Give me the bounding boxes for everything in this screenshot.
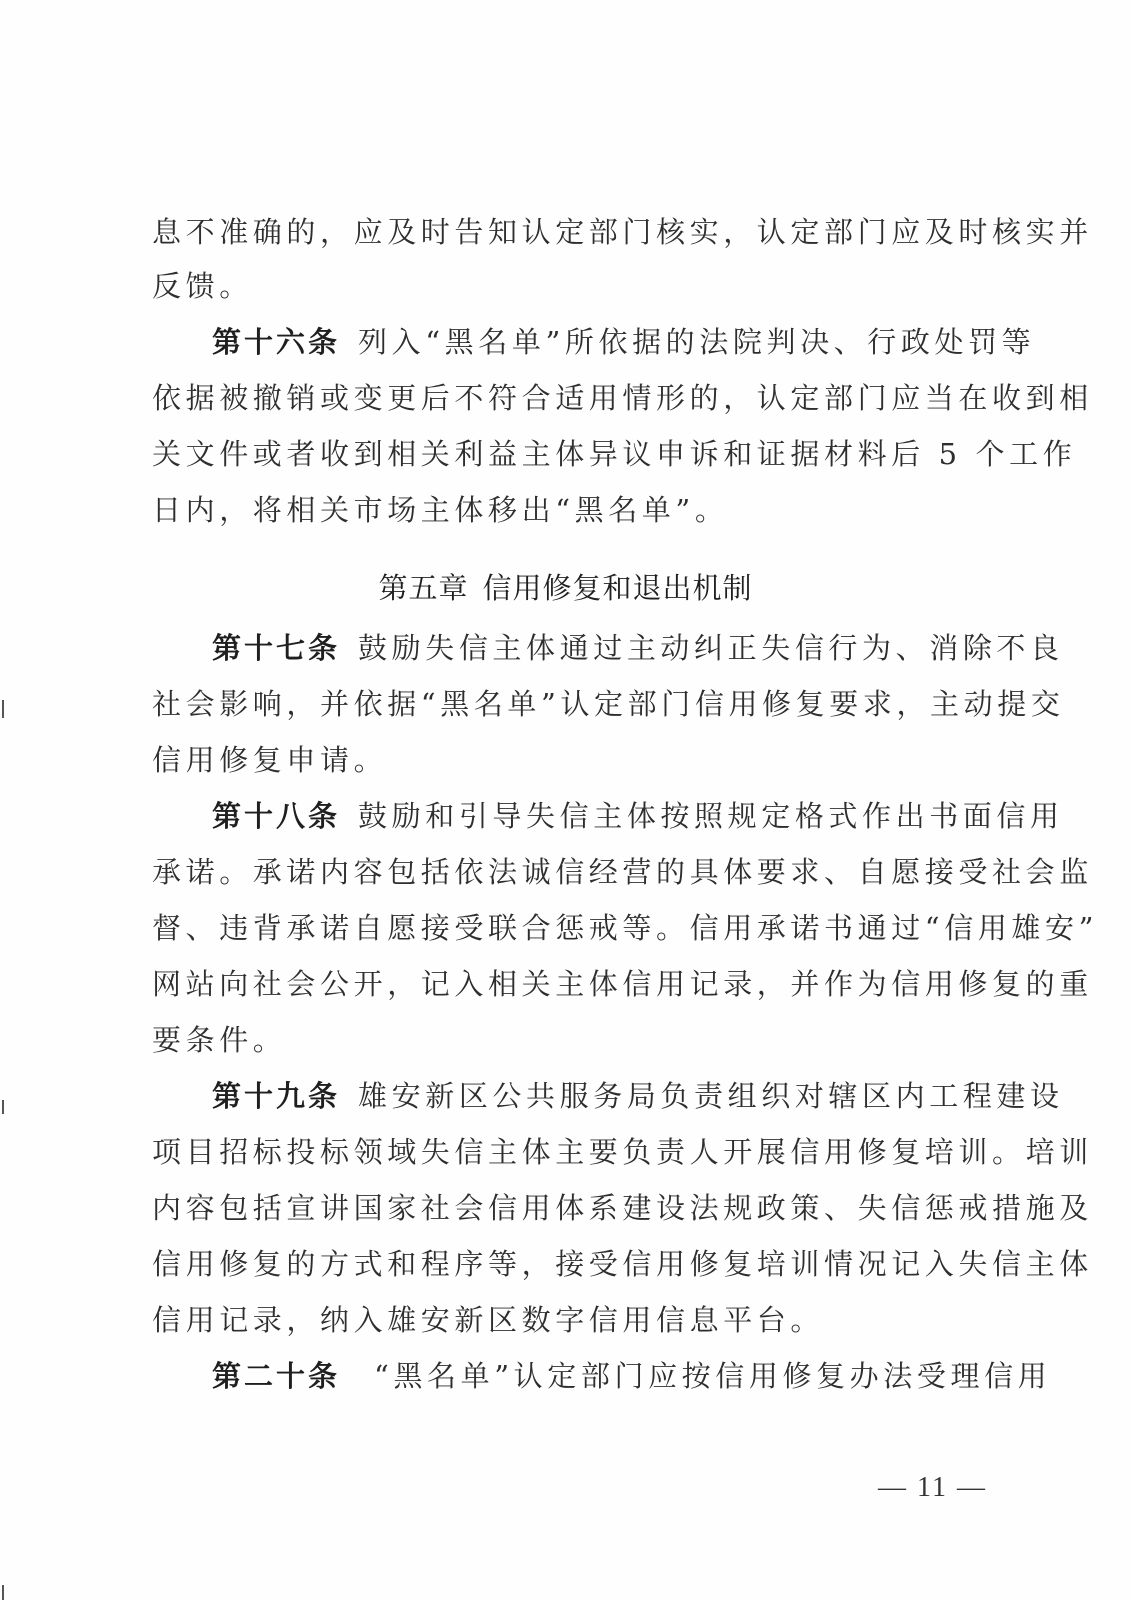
paragraph-line: 信用修复的方式和程序等，接受信用修复培训情况记入失信主体 bbox=[152, 1244, 982, 1284]
article-text: 鼓励和引导失信主体按照规定格式作出书面信用 bbox=[358, 799, 1064, 833]
article-text: “黑名单”认定部门应按信用修复办法受理信用 bbox=[374, 1359, 1051, 1393]
paragraph-line: 关文件或者收到相关利益主体异议申诉和证据材料后 5 个工作 bbox=[152, 434, 982, 474]
article-number: 第十六条 bbox=[212, 325, 340, 359]
article-number: 第十八条 bbox=[212, 799, 340, 833]
chapter-title: 信用修复和退出机制 bbox=[483, 571, 753, 605]
article-text: 列入“黑名单”所依据的法院判决、行政处罚等 bbox=[358, 325, 1035, 359]
page-number: — 11 — bbox=[878, 1472, 987, 1504]
article-number: 第十九条 bbox=[212, 1079, 340, 1113]
article-17-line-1: 第十七条鼓励失信主体通过主动纠正失信行为、消除不良 bbox=[212, 628, 982, 668]
article-text: 鼓励失信主体通过主动纠正失信行为、消除不良 bbox=[358, 631, 1064, 665]
article-19-line-1: 第十九条雄安新区公共服务局负责组织对辖区内工程建设 bbox=[212, 1076, 982, 1116]
scan-edge-mark bbox=[2, 1585, 4, 1600]
paragraph-line: 社会影响，并依据“黑名单”认定部门信用修复要求，主动提交 bbox=[152, 684, 982, 724]
paragraph-line: 项目招标投标领域失信主体主要负责人开展信用修复培训。培训 bbox=[152, 1132, 982, 1172]
article-16-line-1: 第十六条列入“黑名单”所依据的法院判决、行政处罚等 bbox=[212, 322, 982, 362]
article-20-line-1: 第二十条“黑名单”认定部门应按信用修复办法受理信用 bbox=[212, 1356, 982, 1396]
paragraph-line: 承诺。承诺内容包括依法诚信经营的具体要求、自愿接受社会监 bbox=[152, 852, 982, 892]
paragraph-line: 日内，将相关市场主体移出“黑名单”。 bbox=[152, 490, 982, 530]
paragraph-line: 内容包括宣讲国家社会信用体系建设法规政策、失信惩戒措施及 bbox=[152, 1188, 982, 1228]
document-page: 息不准确的，应及时告知认定部门核实，认定部门应及时核实并 反馈。 第十六条列入“… bbox=[0, 0, 1131, 1600]
paragraph-line: 依据被撤销或变更后不符合适用情形的，认定部门应当在收到相 bbox=[152, 378, 982, 418]
scan-edge-mark bbox=[2, 700, 4, 718]
article-number: 第二十条 bbox=[212, 1359, 340, 1393]
chapter-heading: 第五章信用修复和退出机制 bbox=[0, 568, 1131, 608]
paragraph-line: 督、违背承诺自愿接受联合惩戒等。信用承诺书通过“信用雄安” bbox=[152, 908, 982, 948]
paragraph-line: 息不准确的，应及时告知认定部门核实，认定部门应及时核实并 bbox=[152, 212, 982, 252]
article-number: 第十七条 bbox=[212, 631, 340, 665]
article-text: 雄安新区公共服务局负责组织对辖区内工程建设 bbox=[358, 1079, 1064, 1113]
paragraph-line: 反馈。 bbox=[152, 266, 982, 306]
paragraph-line: 网站向社会公开，记入相关主体信用记录，并作为信用修复的重 bbox=[152, 964, 982, 1004]
paragraph-line: 信用修复申请。 bbox=[152, 740, 982, 780]
chapter-number: 第五章 bbox=[378, 571, 468, 605]
paragraph-line: 信用记录，纳入雄安新区数字信用信息平台。 bbox=[152, 1300, 982, 1340]
article-18-line-1: 第十八条鼓励和引导失信主体按照规定格式作出书面信用 bbox=[212, 796, 982, 836]
scan-edge-mark bbox=[2, 1100, 4, 1114]
paragraph-line: 要条件。 bbox=[152, 1020, 982, 1060]
